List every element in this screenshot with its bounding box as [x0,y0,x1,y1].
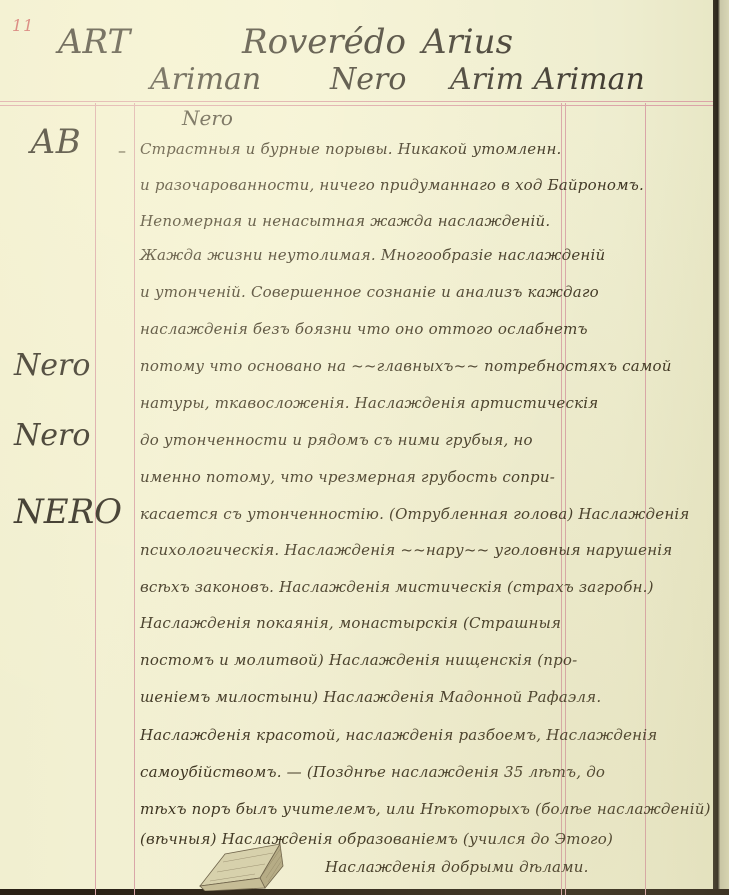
header-rule-top [0,101,713,102]
entry-dash: – [118,141,126,160]
text-line-10: именно потому, что чрезмерная грубость с… [140,468,720,486]
text-line-16: шеніемъ милостыни) Наслажденія Мадонной … [140,688,720,706]
text-line-2: и разочарованности, ничего придуманнаго … [140,176,720,194]
margin-rule-2 [134,103,135,895]
text-line-17: Наслажденія красотой, наслажденія разбое… [140,726,720,744]
text-line-1: Страстныя и бурные порывы. Никакой утомл… [140,140,720,158]
text-line-18: самоубійствомъ. — (Позднѣе наслажденія 3… [140,763,720,781]
title-word-art: ART [58,22,130,62]
text-line-8: натуры, ткавосложенія. Наслажденія артис… [140,394,720,412]
text-line-9: до утонченности и рядомъ съ ними грубыя,… [140,431,720,449]
margin-name-nero-3: NERO [14,492,122,532]
title-word-arim-ariman: Arim Ariman [450,62,645,97]
text-line-21: Наслажденія добрыми дѣлами. [325,858,705,876]
title-word-ariman: Ariman [150,62,261,97]
text-line-4: Жажда жизни неутолимая. Многообразіе нас… [140,246,720,264]
text-line-14: Наслажденія покаянія, монастырскія (Стра… [140,614,720,632]
page-number: 11 [12,16,34,35]
text-line-3: Непомерная и ненасытная жажда наслаждені… [140,212,720,230]
title-word-arius: Arius [422,22,513,62]
text-line-12: психологическія. Наслажденія ~~нару~~ уг… [140,541,720,559]
text-line-5: и утонченій. Совершенное сознаніе и анал… [140,283,720,301]
text-line-19: тѣхъ поръ былъ учителемъ, или Нѣкоторыхъ… [140,800,720,818]
margin-name-nero-1: Nero [14,348,90,383]
manuscript-page: 11 ART Roverédo Arius Ariman Nero Arim A… [0,0,729,895]
entry-label: АВ [30,122,81,162]
title-word-roveredo: Roverédo [242,22,406,62]
text-line-13: всѣхъ законовъ. Наслажденія мистическія … [140,578,720,596]
box-sketch-icon [195,836,285,891]
text-line-15: постомъ и молитвой) Наслажденія нищенскі… [140,651,720,669]
text-line-7: потому что основано на ~~главныхъ~~ потр… [140,357,720,375]
page-bottom-edge [0,889,729,895]
header-rule-bottom [0,105,713,106]
title-word-nero: Nero [330,62,406,97]
margin-name-nero-2: Nero [14,418,90,453]
text-line-6: наслажденія безъ боязни что оно оттого о… [140,320,720,338]
inserted-word-nero: Nero [182,106,233,130]
text-line-11: касается съ утонченностію. (Отрубленная … [140,505,720,523]
